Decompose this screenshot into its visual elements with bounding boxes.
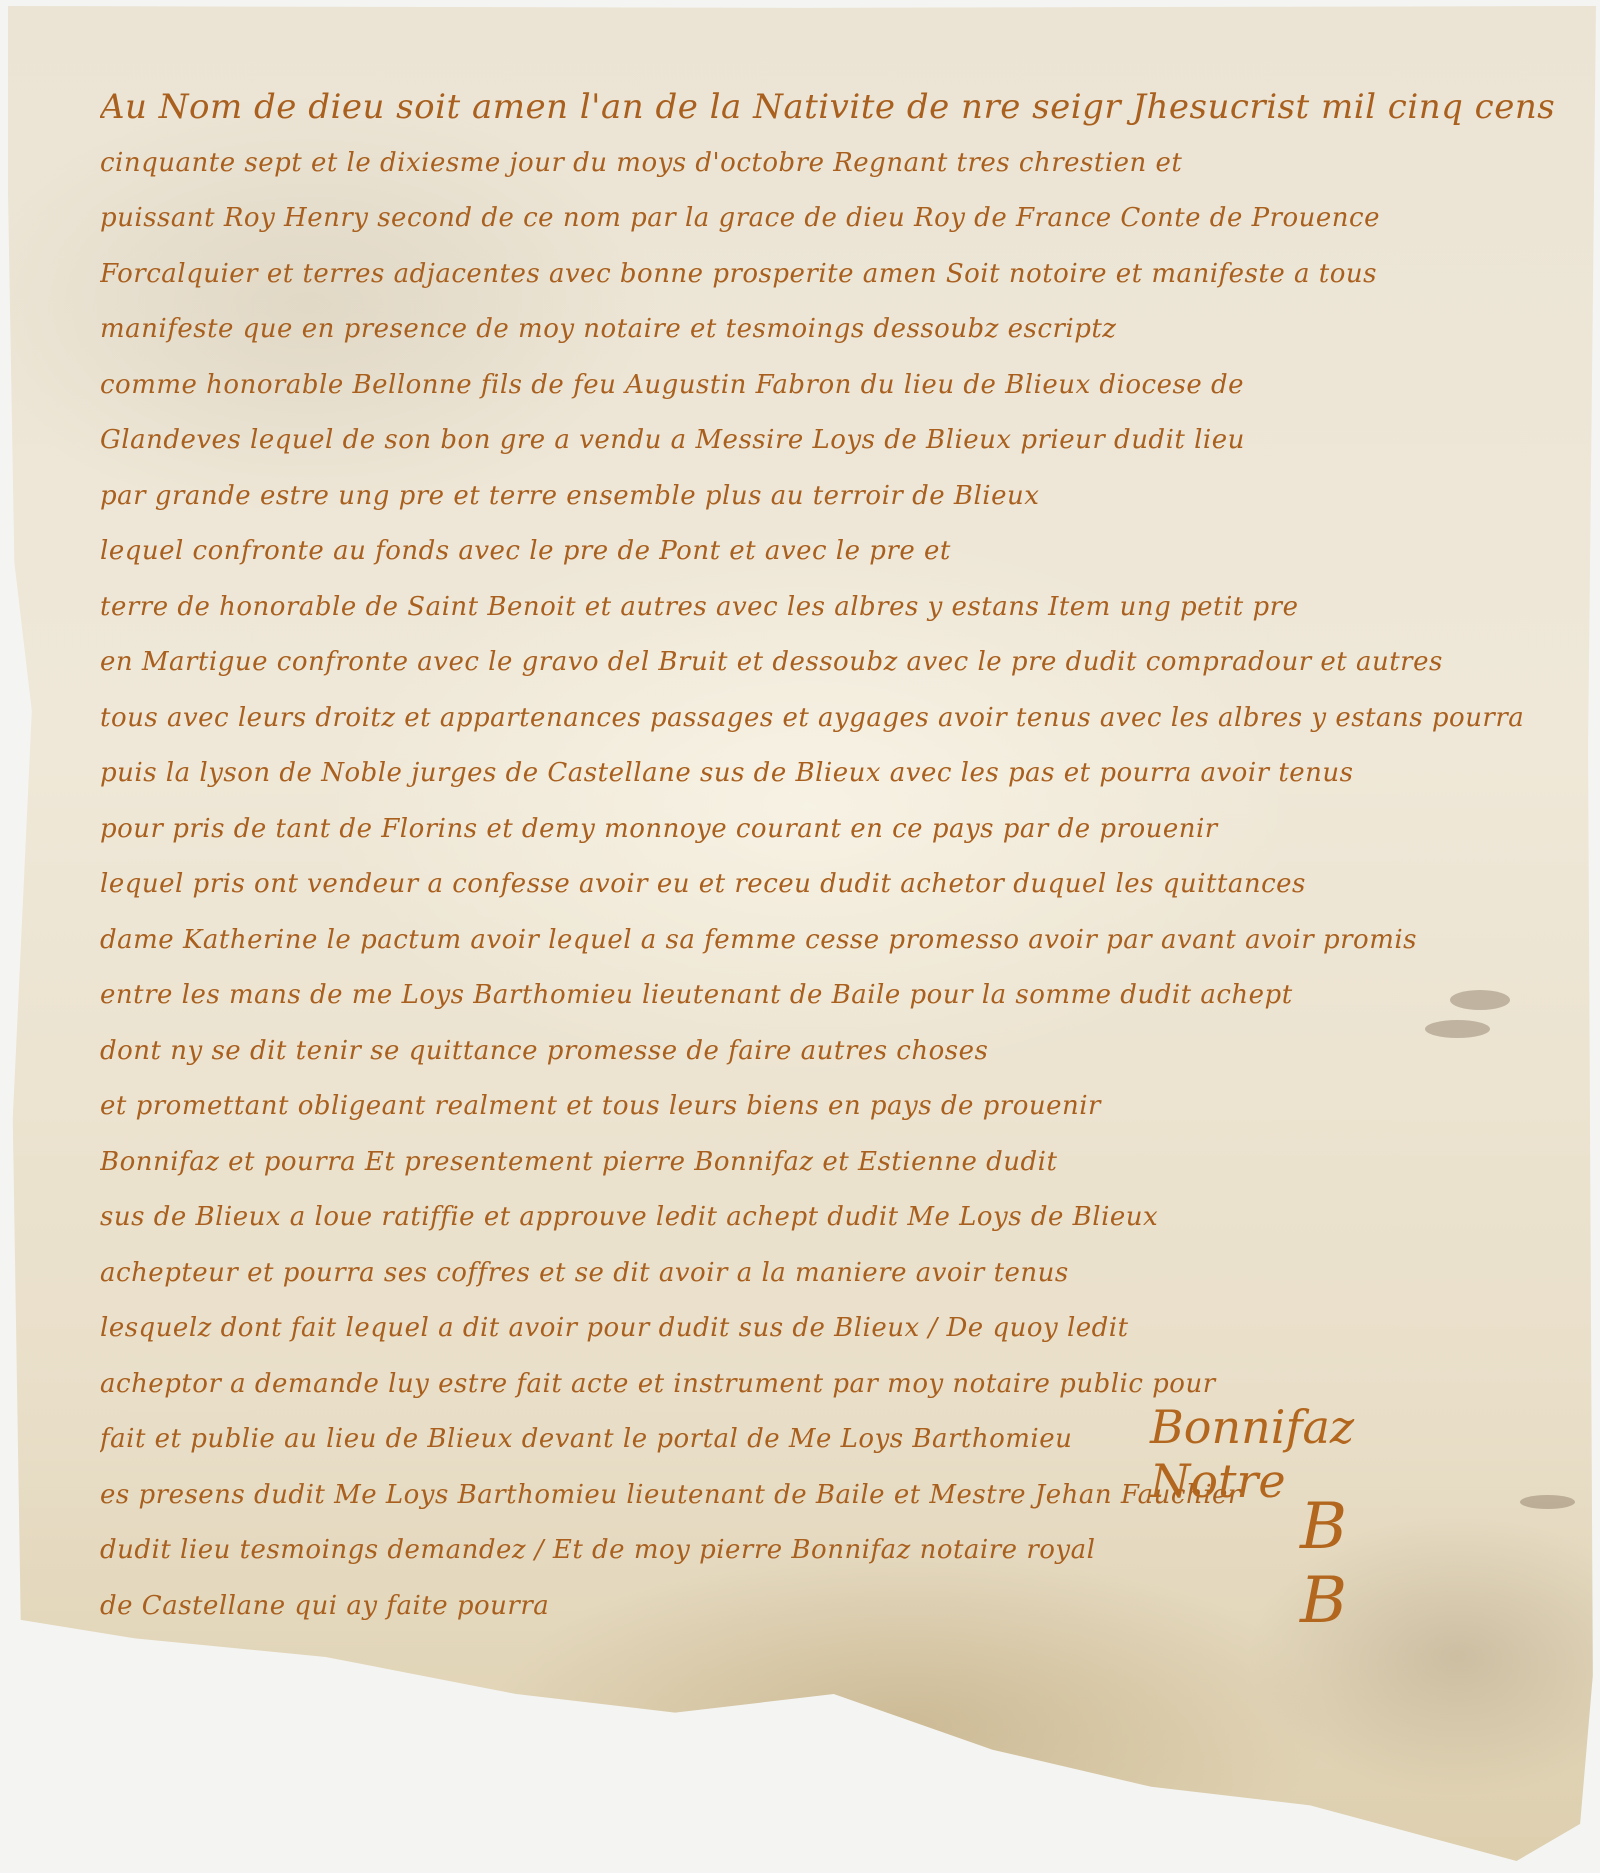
manuscript-line: entre les mans de me Loys Barthomieu lie… <box>100 968 1560 1024</box>
signature-paraph: B B <box>1300 1490 1450 1638</box>
manuscript-line: dame Katherine le pactum avoir lequel a … <box>100 913 1560 969</box>
manuscript-line: cinquante sept et le dixiesme jour du mo… <box>100 136 1560 192</box>
manuscript-line: tous avec leurs droitz et appartenances … <box>100 691 1560 747</box>
manuscript-line: terre de honorable de Saint Benoit et au… <box>100 580 1560 636</box>
manuscript-line: comme honorable Bellonne fils de feu Aug… <box>100 358 1560 414</box>
manuscript-line: lesquelz dont fait lequel a dit avoir po… <box>100 1301 1560 1357</box>
manuscript-line: lequel confronte au fonds avec le pre de… <box>100 524 1560 580</box>
manuscript-line: Forcalquier et terres adjacentes avec bo… <box>100 247 1560 303</box>
manuscript-line: puis la lyson de Noble jurges de Castell… <box>100 746 1560 802</box>
manuscript-line: dont ny se dit tenir se quittance promes… <box>100 1024 1560 1080</box>
manuscript-line: puissant Roy Henry second de ce nom par … <box>100 191 1560 247</box>
manuscript-line: achepteur et pourra ses coffres et se di… <box>100 1246 1560 1302</box>
manuscript-line: manifeste que en presence de moy notaire… <box>100 302 1560 358</box>
manuscript-line: Au Nom de dieu soit amen l'an de la Nati… <box>100 80 1560 136</box>
manuscript-line: sus de Blieux a loue ratiffie et approuv… <box>100 1190 1560 1246</box>
manuscript-line: lequel pris ont vendeur a confesse avoir… <box>100 857 1560 913</box>
manuscript-line: pour pris de tant de Florins et demy mon… <box>100 802 1560 858</box>
manuscript-line: par grande estre ung pre et terre ensemb… <box>100 469 1560 525</box>
manuscript-line: et promettant obligeant realment et tous… <box>100 1079 1560 1135</box>
notary-signature: Bonnifaz Notre B B <box>1130 1380 1450 1640</box>
manuscript-line: en Martigue confronte avec le gravo del … <box>100 635 1560 691</box>
manuscript-line: Bonnifaz et pourra Et presentement pierr… <box>100 1135 1560 1191</box>
manuscript-line: Glandeves lequel de son bon gre a vendu … <box>100 413 1560 469</box>
